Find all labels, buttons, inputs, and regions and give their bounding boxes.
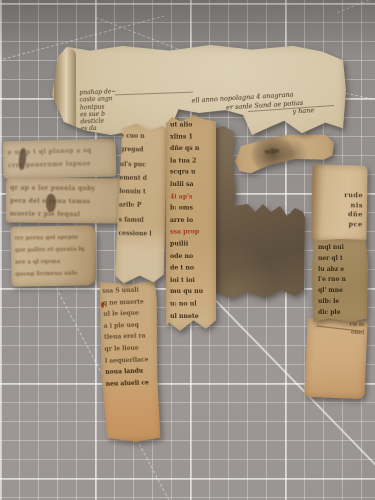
blackletter-script: mql nuiuer ql tlu abz el'e ruo nql' mneu… bbox=[318, 243, 365, 319]
parchment-surface: ssa S uualiq ne muerteul le iequea i ple… bbox=[98, 280, 162, 443]
parchment-surface: ut alioxlins 1dñe qs nla tua 2scqra uiul… bbox=[166, 115, 216, 331]
parchment-surface: e cuo ngregadul's pucement dlonuin tarib… bbox=[115, 124, 168, 288]
fragment-bottom-strip: ssa S uualiq ne muerteul le iequea i ple… bbox=[98, 280, 162, 443]
parchment-surface: qr ap a lor puenla qubypera del e pena t… bbox=[6, 177, 124, 223]
blackletter-script: e cuo ngregadul's pucement dlonuin tarib… bbox=[118, 129, 165, 241]
edge-text-column: rudenisdñepce bbox=[344, 191, 364, 229]
script-lines: ut alioxlins 1dñe qs nla tua 2scqra uiul… bbox=[170, 119, 214, 191]
script-lines: b: omsarre io bbox=[170, 203, 214, 227]
script-lines: puiliiode node t noioi t ioimu qu nuu: n… bbox=[170, 238, 214, 322]
parchment-surface: mql nuiuer ql tlu abz el'e ruo nql' mneu… bbox=[312, 239, 368, 322]
photo-scene: pnahap de~caste angnhontpuses sue bdesti… bbox=[0, 0, 375, 500]
parchment-surface: e ua p t ql planop a sqcrre penerume lup… bbox=[3, 139, 117, 180]
parchment-surface: rudenisdñepce bbox=[311, 165, 367, 243]
rubric-line: 4i ap's bbox=[170, 191, 214, 203]
faded-script: rry perua qul apepinqur palire et quenia… bbox=[15, 231, 93, 280]
blackletter-script: ut alioxlins 1dñe qs nla tua 2scqra uiul… bbox=[170, 119, 214, 322]
rubric-line: ssa prop bbox=[170, 227, 214, 239]
parchment-surface: cu leonel bbox=[304, 318, 367, 400]
blackletter-script: ssa S uualiq ne muerteul le iequea i ple… bbox=[102, 284, 157, 390]
faded-script: e ua p t ql planop a sqcrre penerume lup… bbox=[8, 144, 114, 173]
fragment-left-strip-1: e ua p t ql planop a sqcrre penerume lup… bbox=[3, 139, 117, 180]
rolled-edge bbox=[54, 48, 76, 134]
parchment-surface: rry perua qul apepinqur palire et quenia… bbox=[10, 225, 96, 286]
faded-script: qr ap a lor puenla qubypera del e pena t… bbox=[10, 182, 121, 222]
faded-script: cu leonel bbox=[349, 321, 365, 338]
stain-mark: mlie bbox=[264, 147, 279, 155]
fragment-tall-strip-left: e cuo ngregadul's pucement dlonuin tarib… bbox=[115, 124, 168, 288]
fragment-left-block: rry perua qul apepinqur palire et quenia… bbox=[10, 225, 96, 286]
fragment-left-strip-2: qr ap a lor puenla qubypera del e pena t… bbox=[6, 177, 124, 223]
fragment-tall-strip-main: ut alioxlins 1dñe qs nla tua 2scqra uiul… bbox=[166, 115, 216, 331]
fragment-right-top: rudenisdñepce bbox=[311, 165, 367, 243]
fragment-right-bottom: cu leonel bbox=[304, 318, 367, 400]
fragment-right-middle: mql nuiuer ql tlu abz el'e ruo nql' mneu… bbox=[312, 239, 368, 322]
